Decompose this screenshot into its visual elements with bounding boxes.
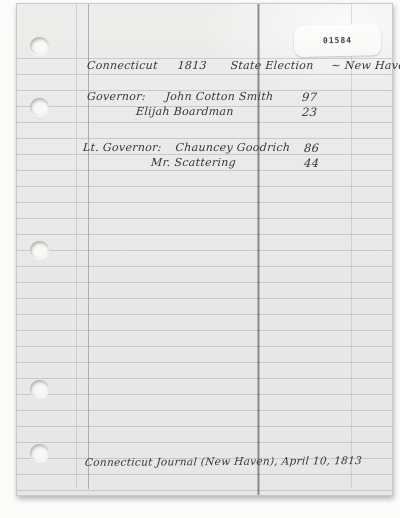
candidate-name: Elijah Boardman [136, 105, 235, 118]
candidate-name: Mr. Scattering [151, 156, 237, 169]
vote-count: 23 [302, 105, 318, 119]
title-word-state: Connecticut [87, 59, 159, 72]
punch-hole [30, 241, 49, 259]
lt-governor-result-row: Mr. Scattering [151, 156, 237, 169]
title-word-election: State Election [230, 59, 314, 72]
catalog-number: 01584 [323, 36, 352, 46]
margin-line-outer [76, 4, 77, 489]
punch-hole [30, 444, 49, 462]
citation: Connecticut Journal (New Haven), April 1… [84, 455, 362, 469]
fold-crease-line [257, 4, 260, 495]
candidate-name: John Cotton Smith [165, 90, 274, 103]
governor-result-row: Elijah Boardman [136, 105, 235, 118]
governor-result-row: Governor: John Cotton Smith [87, 90, 274, 103]
lt-governor-label: Lt. Governor: [83, 141, 163, 154]
notebook-page: 01584 Connecticut 1813 State Election ~ … [16, 3, 393, 496]
margin-line-inner [88, 4, 89, 489]
right-guide-line [351, 4, 352, 489]
governor-label: Governor: [87, 90, 147, 103]
lt-governor-result-row: Lt. Governor: Chauncey Goodrich [83, 141, 291, 154]
vote-count: 97 [302, 90, 318, 104]
punch-hole [30, 380, 49, 398]
candidate-name: Chauncey Goodrich [175, 141, 291, 154]
punch-hole [30, 37, 49, 55]
vote-count: 44 [304, 156, 320, 170]
scanned-document: 01584 Connecticut 1813 State Election ~ … [0, 0, 400, 518]
punch-hole [30, 98, 49, 116]
page-title: Connecticut 1813 State Election ~ New Ha… [87, 59, 400, 72]
title-word-place: ~ New Haven [331, 59, 400, 72]
title-word-year: 1813 [177, 59, 207, 72]
vote-count: 86 [304, 141, 320, 155]
catalog-sticker: 01584 [294, 24, 382, 57]
